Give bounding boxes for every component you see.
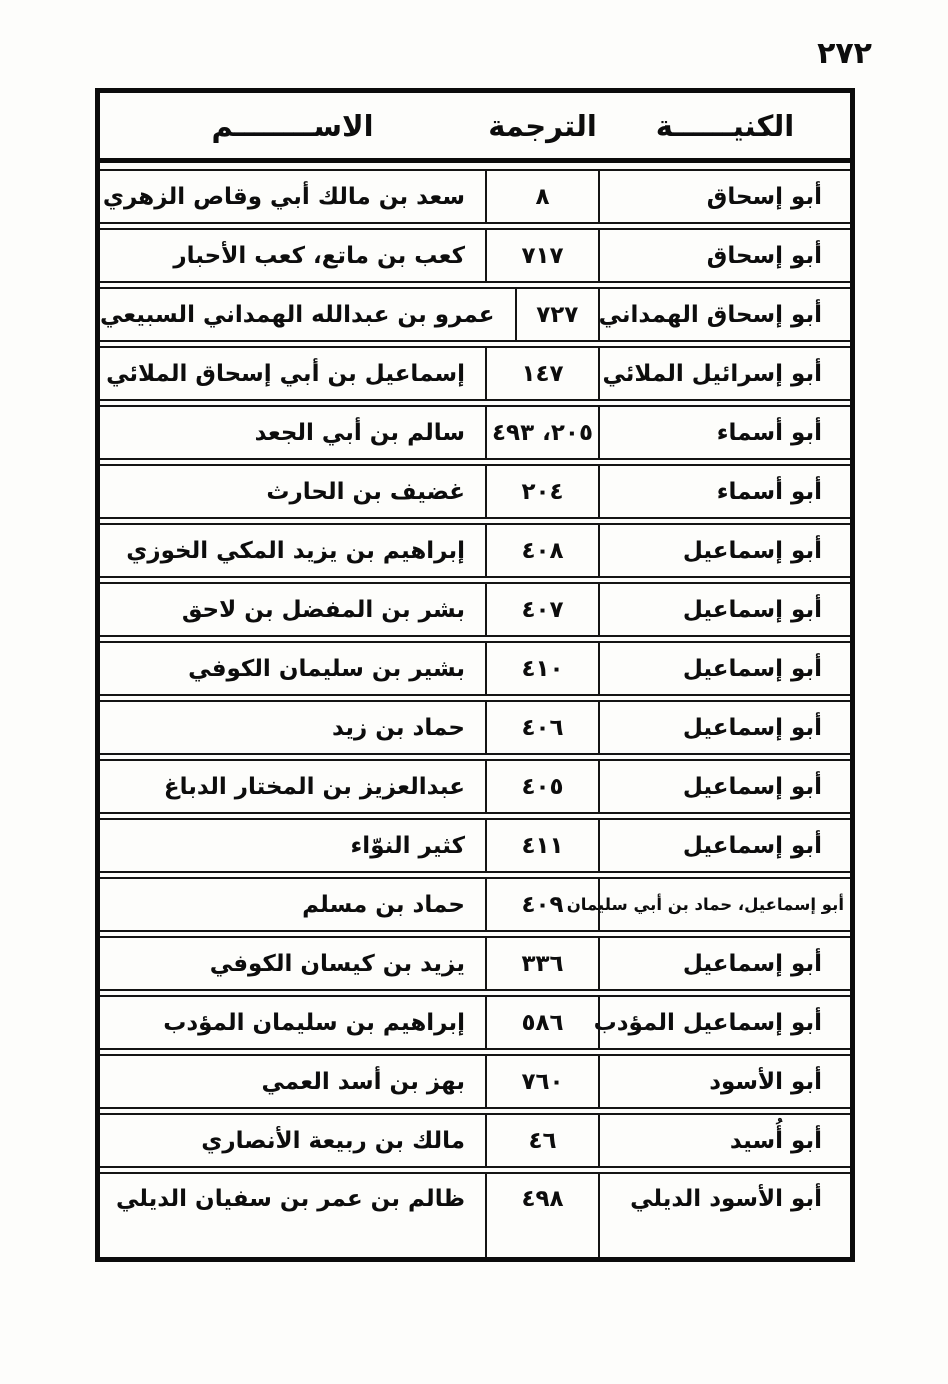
- tarjama-number-cell: ٢٠٤: [485, 464, 600, 519]
- kunya-cell: أبو إسماعيل: [600, 523, 850, 578]
- table-header-row: الكنيــــــة الترجمة الاســــــــم: [100, 93, 850, 163]
- table-row: أبو إسماعيل٤٠٥عبدالعزيز بن المختار الدبا…: [100, 759, 850, 814]
- scanned-book-page: ٢٧٢ الكنيــــــة الترجمة الاســــــــم أ…: [0, 0, 948, 1384]
- kunya-cell: أبو إسحاق: [600, 228, 850, 283]
- kunya-cell: أبو إسرائيل الملائي: [600, 346, 850, 401]
- kunya-cell: أبو إسماعيل المؤدب: [600, 995, 850, 1050]
- tarjama-number-cell: ٨: [485, 169, 600, 224]
- kunya-cell: أبو أسماء: [600, 405, 850, 460]
- tarjama-number-cell: ٤٩٨: [485, 1172, 600, 1257]
- kunya-cell: أبو الأسود: [600, 1054, 850, 1109]
- table-row: أبو أسماء٢٠٥، ٤٩٣سالم بن أبي الجعد: [100, 405, 850, 460]
- tarjama-number-cell: ٥٨٦: [485, 995, 600, 1050]
- name-cell: عمرو بن عبدالله الهمداني السبيعي: [100, 287, 515, 342]
- tarjama-number-cell: ٤٠٨: [485, 523, 600, 578]
- tarjama-number-cell: ٤٠٥: [485, 759, 600, 814]
- kunya-cell: أبو إسماعيل: [600, 582, 850, 637]
- name-cell: عبدالعزيز بن المختار الدباغ: [100, 759, 485, 814]
- table-row: أبو إسماعيل٣٣٦يزيد بن كيسان الكوفي: [100, 936, 850, 991]
- kunya-cell: أبو إسماعيل: [600, 641, 850, 696]
- table-row: أبو إسرائيل الملائي١٤٧إسماعيل بن أبي إسح…: [100, 346, 850, 401]
- tarjama-number-cell: ٧٢٧: [515, 287, 601, 342]
- kunya-cell: أبو إسماعيل: [600, 936, 850, 991]
- table-row: أبو إسماعيل٤١٠بشير بن سليمان الكوفي: [100, 641, 850, 696]
- tarjama-number-cell: ٢٠٥، ٤٩٣: [485, 405, 600, 460]
- name-cell: كعب بن ماتع، كعب الأحبار: [100, 228, 485, 283]
- tarjama-number-cell: ٤٠٩: [485, 877, 600, 932]
- header-kunya-column: الكنيــــــة: [600, 109, 850, 143]
- tarjama-number-cell: ٤٠٧: [485, 582, 600, 637]
- name-cell: إسماعيل بن أبي إسحاق الملائي: [100, 346, 485, 401]
- tarjama-number-cell: ٤١٠: [485, 641, 600, 696]
- name-cell: كثير النوّاء: [100, 818, 485, 873]
- tarjama-number-cell: ١٤٧: [485, 346, 600, 401]
- tarjama-number-cell: ٧٦٠: [485, 1054, 600, 1109]
- table-row: أبو الأسود٧٦٠بهز بن أسد العمي: [100, 1054, 850, 1109]
- kunya-cell: أبو إسماعيل: [600, 759, 850, 814]
- name-cell: بشير بن سليمان الكوفي: [100, 641, 485, 696]
- table-row: أبو إسماعيل المؤدب٥٨٦إبراهيم بن سليمان ا…: [100, 995, 850, 1050]
- name-cell: ظالم بن عمر بن سفيان الديلي: [100, 1172, 485, 1257]
- table-row: أبو إسماعيل، حماد بن أبي سليمان٤٠٩حماد ب…: [100, 877, 850, 932]
- table-row: أبو إسحاق٨سعد بن مالك أبي وقاص الزهري: [100, 169, 850, 224]
- header-ism-column: الاســــــــم: [100, 109, 485, 143]
- name-cell: إبراهيم بن سليمان المؤدب: [100, 995, 485, 1050]
- table-row: أبو الأسود الديلي٤٩٨ظالم بن عمر بن سفيان…: [100, 1172, 850, 1257]
- name-cell: سعد بن مالك أبي وقاص الزهري: [100, 169, 485, 224]
- name-cell: مالك بن ربيعة الأنصاري: [100, 1113, 485, 1168]
- tarjama-number-cell: ٤٦: [485, 1113, 600, 1168]
- tarjama-number-cell: ٤١١: [485, 818, 600, 873]
- name-cell: يزيد بن كيسان الكوفي: [100, 936, 485, 991]
- header-tarjama-column: الترجمة: [485, 109, 600, 143]
- kunya-cell: أبو إسحاق الهمداني: [600, 287, 850, 342]
- kunya-cell: أبو إسماعيل: [600, 700, 850, 755]
- kunya-cell: أبو إسماعيل، حماد بن أبي سليمان: [600, 877, 850, 932]
- kunya-cell: أبو إسحاق: [600, 169, 850, 224]
- tarjama-number-cell: ٤٠٦: [485, 700, 600, 755]
- table-row: أبو أسماء٢٠٤غضيف بن الحارث: [100, 464, 850, 519]
- table-row: أبو إسماعيل٤٠٦حماد بن زيد: [100, 700, 850, 755]
- tarjama-number-cell: ٧١٧: [485, 228, 600, 283]
- table-body: أبو إسحاق٨سعد بن مالك أبي وقاص الزهريأبو…: [100, 163, 850, 1257]
- table-row: أبو أُسيد٤٦مالك بن ربيعة الأنصاري: [100, 1113, 850, 1168]
- name-cell: سالم بن أبي الجعد: [100, 405, 485, 460]
- name-cell: بهز بن أسد العمي: [100, 1054, 485, 1109]
- name-cell: حماد بن مسلم: [100, 877, 485, 932]
- kunya-cell: أبو الأسود الديلي: [600, 1172, 850, 1257]
- name-cell: حماد بن زيد: [100, 700, 485, 755]
- table-row: أبو إسماعيل٤٠٧بشر بن المفضل بن لاحق: [100, 582, 850, 637]
- page-number: ٢٧٢: [817, 36, 872, 71]
- table-row: أبو إسحاق٧١٧كعب بن ماتع، كعب الأحبار: [100, 228, 850, 283]
- table-row: أبو إسماعيل٤١١كثير النوّاء: [100, 818, 850, 873]
- table-row: أبو إسماعيل٤٠٨إبراهيم بن يزيد المكي الخو…: [100, 523, 850, 578]
- name-cell: غضيف بن الحارث: [100, 464, 485, 519]
- kunya-cell: أبو إسماعيل: [600, 818, 850, 873]
- table-row: أبو إسحاق الهمداني٧٢٧عمرو بن عبدالله اله…: [100, 287, 850, 342]
- kunya-cell: أبو أسماء: [600, 464, 850, 519]
- name-cell: بشر بن المفضل بن لاحق: [100, 582, 485, 637]
- name-cell: إبراهيم بن يزيد المكي الخوزي: [100, 523, 485, 578]
- tarjama-number-cell: ٣٣٦: [485, 936, 600, 991]
- kunya-cell: أبو أُسيد: [600, 1113, 850, 1168]
- kunya-index-table: الكنيــــــة الترجمة الاســــــــم أبو إ…: [95, 88, 855, 1262]
